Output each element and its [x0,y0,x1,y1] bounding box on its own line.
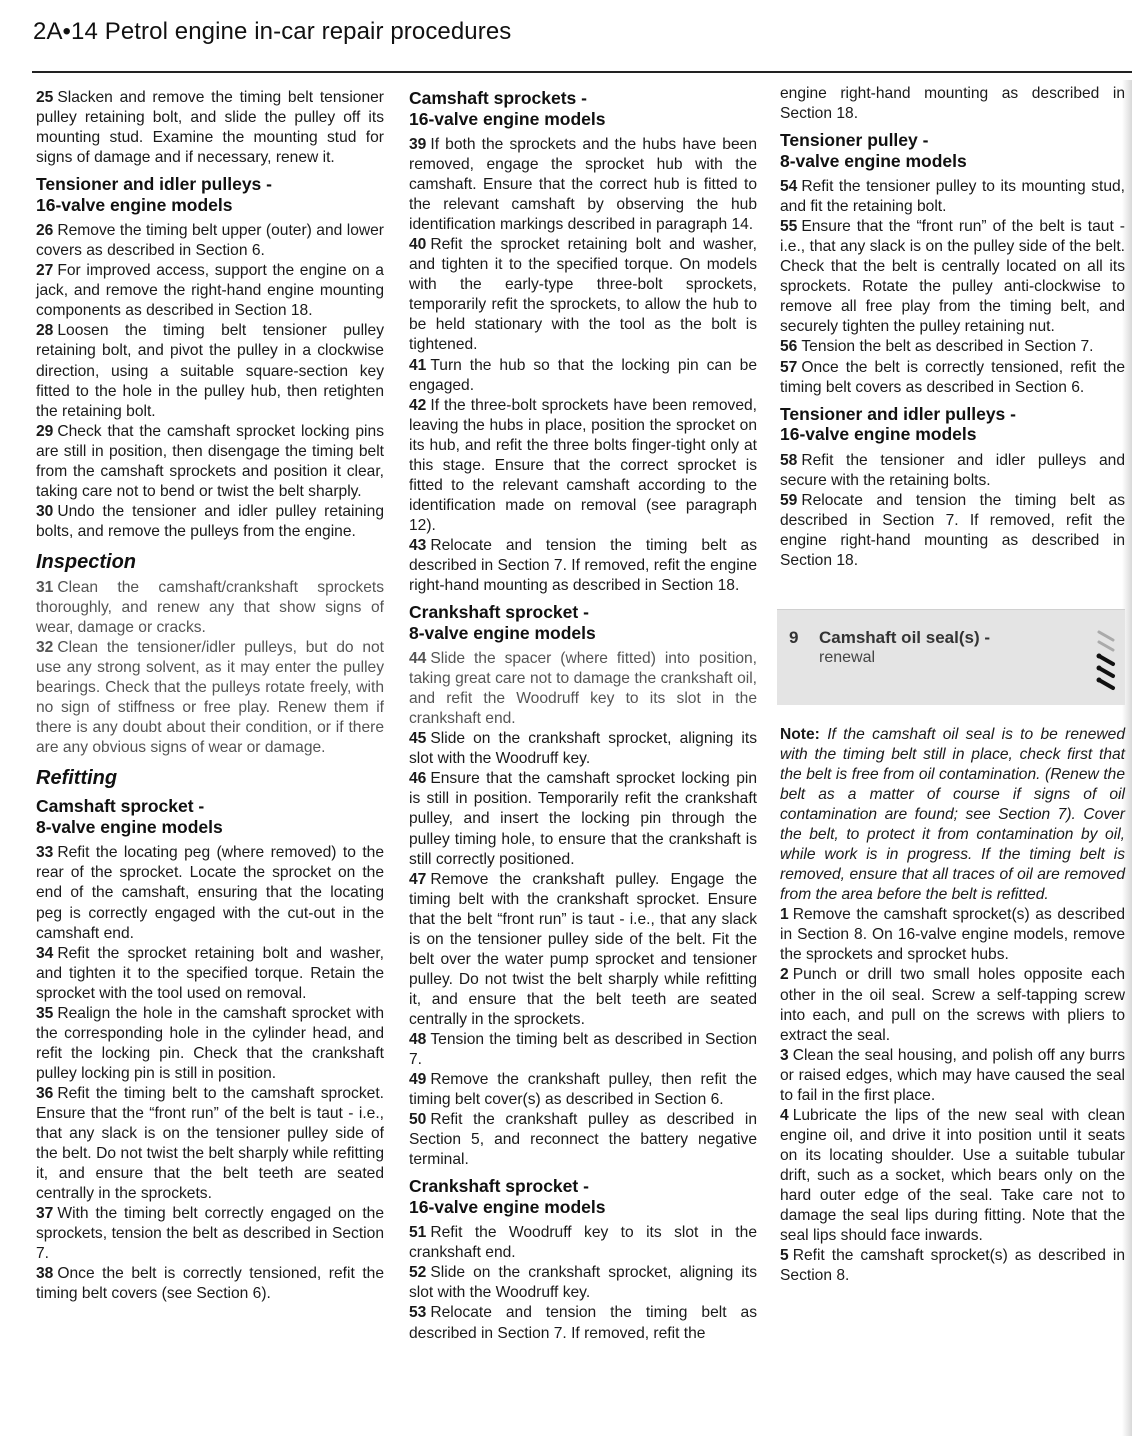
subheading-tensioner-pulley-8v: Tensioner pulley -8-valve engine models [780,130,1125,171]
subheading-tensioner-idler-16v-refit: Tensioner and idler pulleys -16-valve en… [780,404,1125,445]
paragraph-59: 59Relocate and tension the timing belt a… [780,491,1125,571]
paragraph-51: 51Refit the Woodruff key to its slot in … [409,1223,757,1263]
paragraph-33: 33Refit the locating peg (where removed)… [36,843,384,943]
paragraph-37: 37With the timing belt correctly engaged… [36,1204,384,1264]
section-title: Camshaft oil seal(s) - [819,628,990,648]
note-paragraph: Note: If the camshaft oil seal is to be … [780,725,1125,905]
step-1: 1Remove the camshaft sprocket(s) as desc… [780,905,1125,965]
section-9-header-box: 9 Camshaft oil seal(s) - renewal [777,609,1125,705]
subheading-crankshaft-sprocket-16v: Crankshaft sprocket -16-valve engine mod… [409,1176,757,1217]
paragraph-41: 41Turn the hub so that the locking pin c… [409,356,757,396]
heading-inspection: Inspection [36,550,384,574]
paragraph-57: 57Once the belt is correctly tensioned, … [780,358,1125,398]
paragraph-26: 26Remove the timing belt upper (outer) a… [36,221,384,261]
section-subtitle: renewal [819,648,875,668]
paragraph-53: 53Relocate and tension the timing belt a… [409,1303,757,1343]
paragraph-45: 45Slide on the crankshaft sprocket, alig… [409,729,757,769]
paragraph-25: 25Slacken and remove the timing belt ten… [36,88,384,168]
step-4: 4Lubricate the lips of the new seal with… [780,1106,1125,1246]
column-left: 25Slacken and remove the timing belt ten… [36,88,384,1304]
paragraph-46: 46Ensure that the camshaft sprocket lock… [409,769,757,869]
paragraph-36: 36Refit the timing belt to the camshaft … [36,1084,384,1204]
paragraph-43: 43Relocate and tension the timing belt a… [409,536,757,596]
paragraph-55: 55Ensure that the “front run” of the bel… [780,217,1125,337]
subheading-camshaft-sprocket-8v: Camshaft sprocket -8-valve engine models [36,796,384,837]
paragraph-28: 28Loosen the timing belt tensioner pulle… [36,321,384,421]
paragraph-53-continued: engine right-hand mounting as described … [780,84,1125,124]
paragraph-27: 27For improved access, support the engin… [36,261,384,321]
paragraph-42: 42If the three-bolt sprockets have been … [409,396,757,536]
paragraph-54: 54Refit the tensioner pulley to its moun… [780,177,1125,217]
paragraph-39: 39If both the sprockets and the hubs hav… [409,135,757,235]
header-rule [32,71,1132,73]
wrench-difficulty-icon [1093,624,1119,694]
paragraph-30: 30Undo the tensioner and idler pulley re… [36,502,384,542]
subheading-crankshaft-sprocket-8v: Crankshaft sprocket -8-valve engine mode… [409,602,757,643]
paragraph-32: 32Clean the tensioner/idler pulleys, but… [36,638,384,758]
step-3: 3Clean the seal housing, and polish off … [780,1046,1125,1106]
subheading-tensioner-idler-16v: Tensioner and idler pulleys -16-valve en… [36,174,384,215]
step-2: 2Punch or drill two small holes opposite… [780,965,1125,1045]
paragraph-31: 31Clean the camshaft/crankshaft sprocket… [36,578,384,638]
section-number: 9 [789,628,798,648]
paragraph-44: 44Slide the spacer (where fitted) into p… [409,649,757,729]
step-5: 5Refit the camshaft sprocket(s) as descr… [780,1246,1125,1286]
paragraph-47: 47Remove the crankshaft pulley. Engage t… [409,870,757,1030]
paragraph-34: 34Refit the sprocket retaining bolt and … [36,944,384,1004]
paragraph-58: 58Refit the tensioner and idler pulleys … [780,451,1125,491]
paragraph-38: 38Once the belt is correctly tensioned, … [36,1264,384,1304]
subheading-camshaft-sprockets-16v: Camshaft sprockets -16-valve engine mode… [409,88,757,129]
paragraph-49: 49Remove the crankshaft pulley, then ref… [409,1070,757,1110]
paragraph-29: 29Check that the camshaft sprocket locki… [36,422,384,502]
column-middle: Camshaft sprockets -16-valve engine mode… [409,88,757,1344]
page-title: 2A•14 Petrol engine in-car repair proced… [33,18,511,46]
paragraph-40: 40Refit the sprocket retaining bolt and … [409,235,757,355]
column-right: engine right-hand mounting as described … [780,84,1125,1286]
paragraph-48: 48Tension the timing belt as described i… [409,1030,757,1070]
heading-refitting: Refitting [36,766,384,790]
paragraph-52: 52Slide on the crankshaft sprocket, alig… [409,1263,757,1303]
paragraph-35: 35Realign the hole in the camshaft sproc… [36,1004,384,1084]
paragraph-56: 56Tension the belt as described in Secti… [780,337,1125,357]
paragraph-50: 50Refit the crankshaft pulley as describ… [409,1110,757,1170]
